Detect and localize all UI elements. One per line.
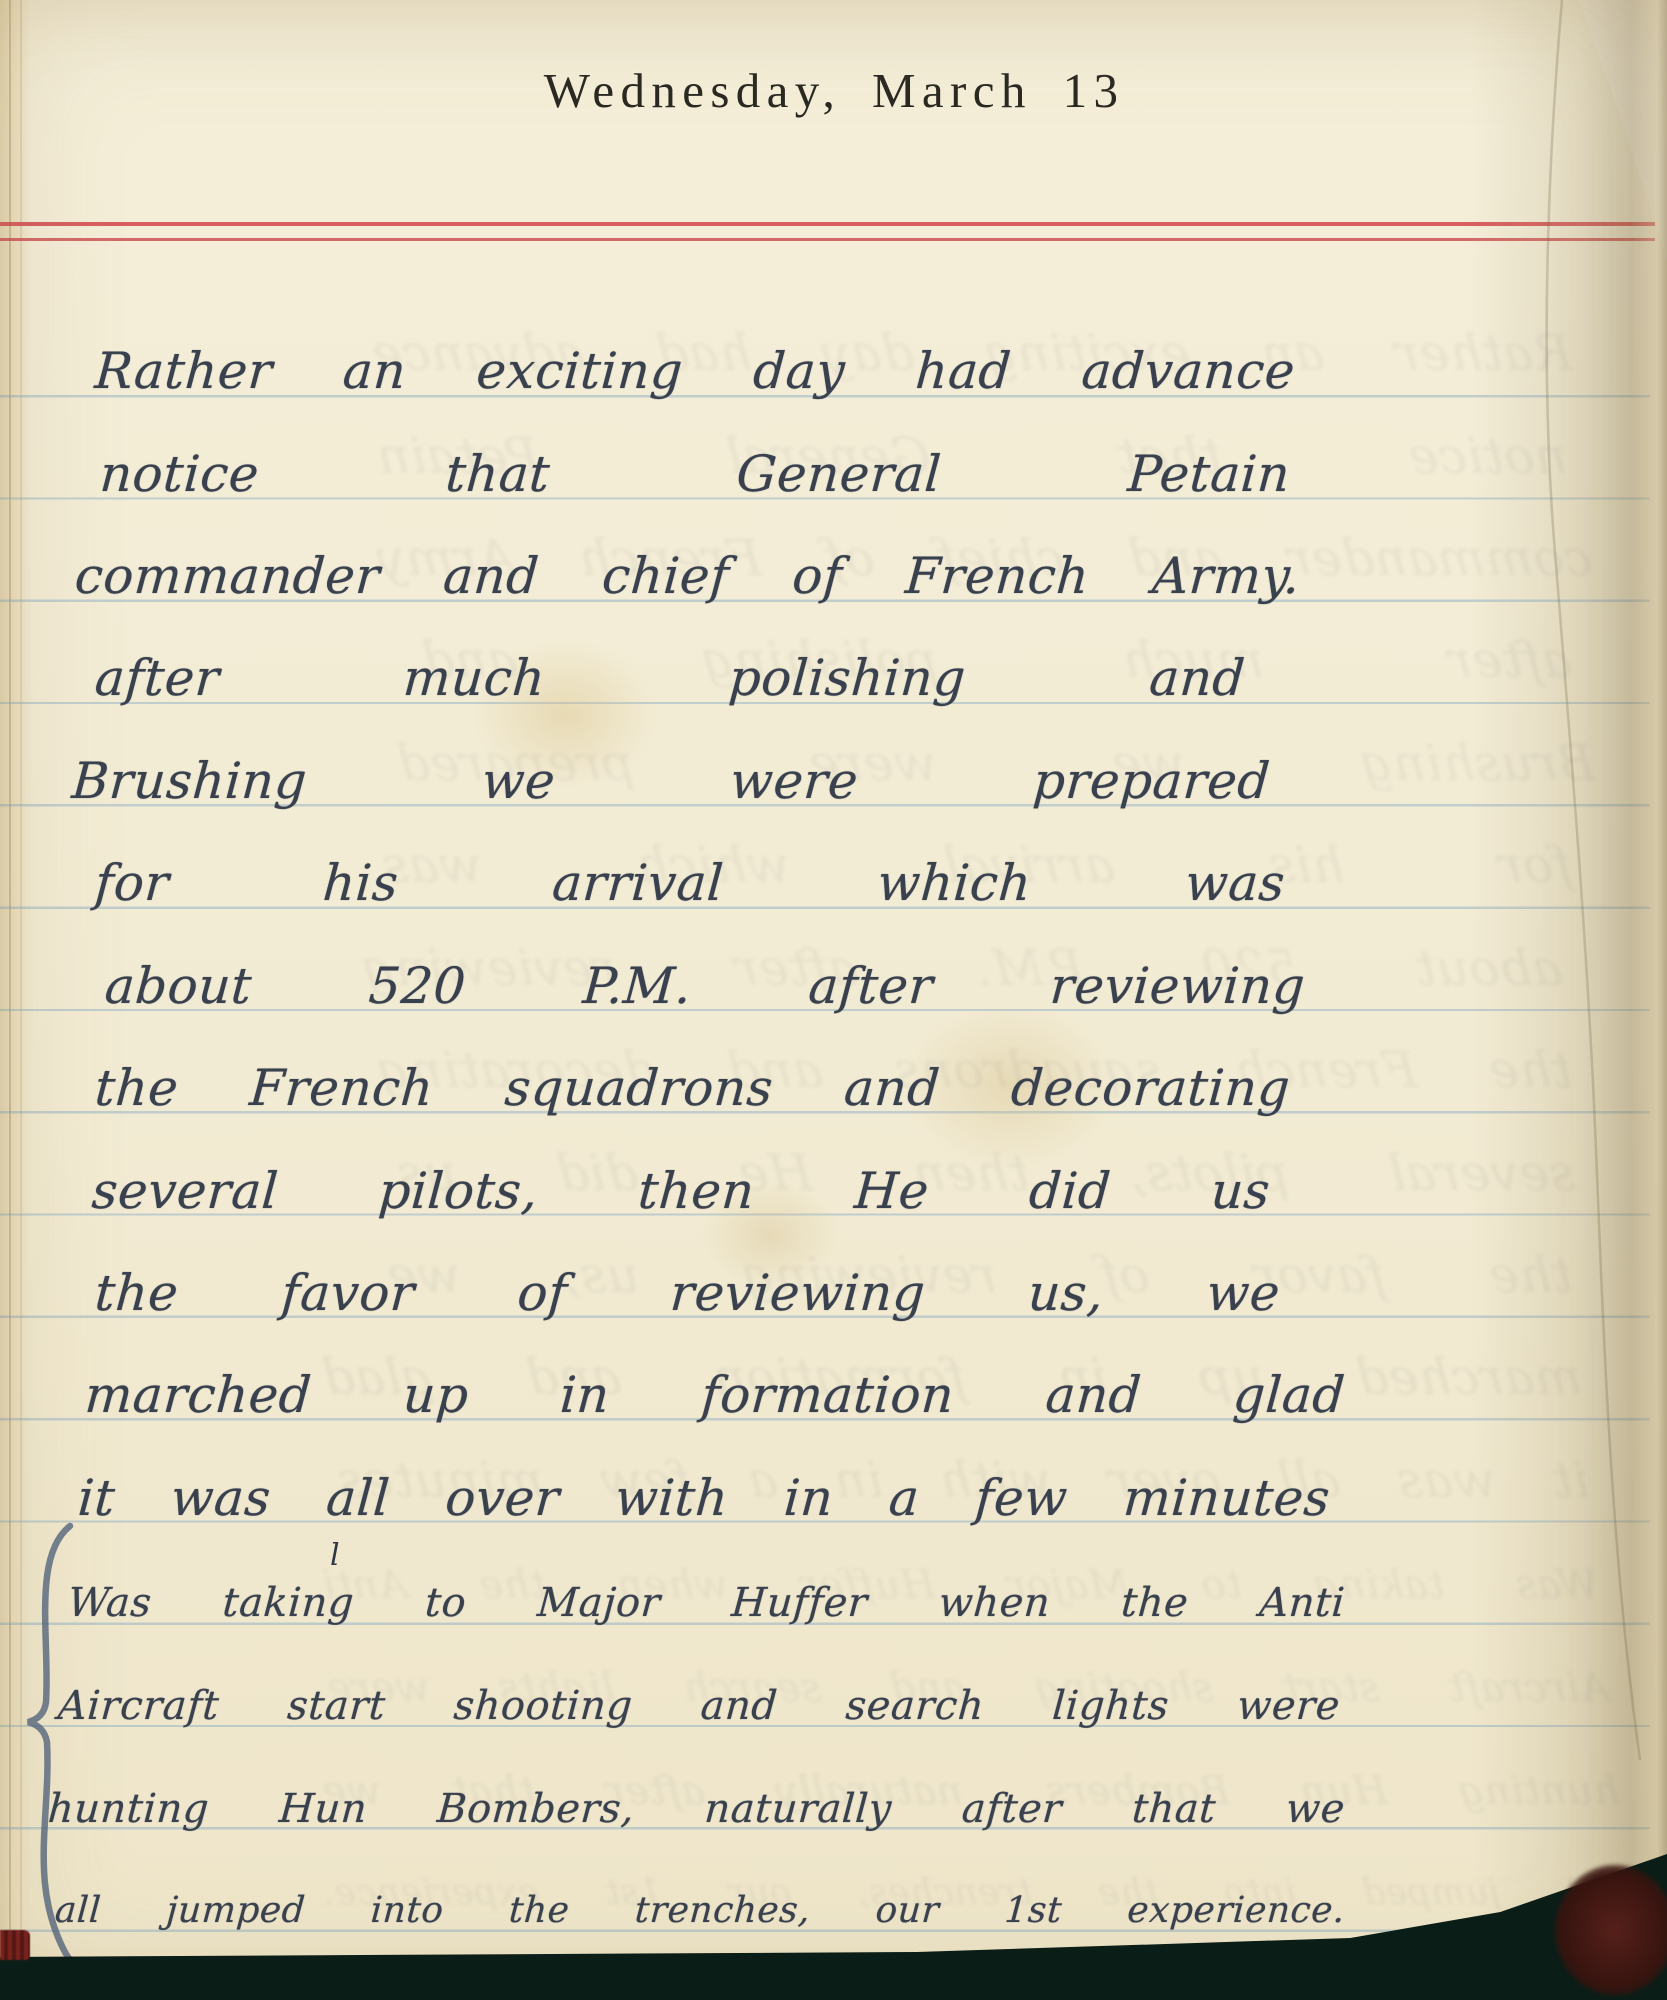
handwritten-line: Rather an exciting day had advance [93, 344, 1297, 399]
scanned-diary-photo: { "document": { "title_date": "Wednesday… [0, 0, 1667, 2000]
diary-page: Wednesday, March 13 Rather an exciting d… [0, 0, 1667, 2000]
handwritten-line: marched up in formation and glad [83, 1368, 1347, 1423]
binding-fabric-red [0, 1930, 30, 1960]
margin-brace-annotation [8, 1512, 128, 1992]
handwritten-line: for his arrival which was [93, 856, 1287, 911]
handwritten-line: the French squadrons and decorating [93, 1061, 1292, 1116]
handwritten-line: the favor of reviewing us, we [93, 1266, 1282, 1321]
handwritten-line: hunting Hun Bombers, naturally after tha… [46, 1787, 1346, 1831]
handwritten-line: commander and chief of French Army. [73, 549, 1302, 604]
handwritten-line: Aircraft start shooting and search light… [56, 1684, 1341, 1728]
binding-corner-maroon [1555, 1865, 1667, 1995]
handwriting-layer: Rather an exciting day had advance notic… [0, 0, 1667, 2000]
handwritten-line: notice that General Petain [98, 447, 1292, 502]
handwritten-line: all jumped into the trenches, our 1st ex… [54, 1891, 1347, 1931]
handwritten-line: after much polishing and [93, 651, 1247, 706]
inserted-letter-mark: l [330, 1538, 340, 1573]
brace-path [28, 1526, 90, 1966]
handwritten-line: Brushing we were prepared [70, 754, 1272, 809]
handwritten-line: Was taking to Major Huffer when the Anti [66, 1581, 1346, 1625]
handwritten-line: several pilots, then He did us [90, 1164, 1272, 1219]
handwritten-line: about 520 P.M. after reviewing [103, 959, 1307, 1014]
handwritten-line: it was all over with in a few minutes [76, 1471, 1332, 1526]
